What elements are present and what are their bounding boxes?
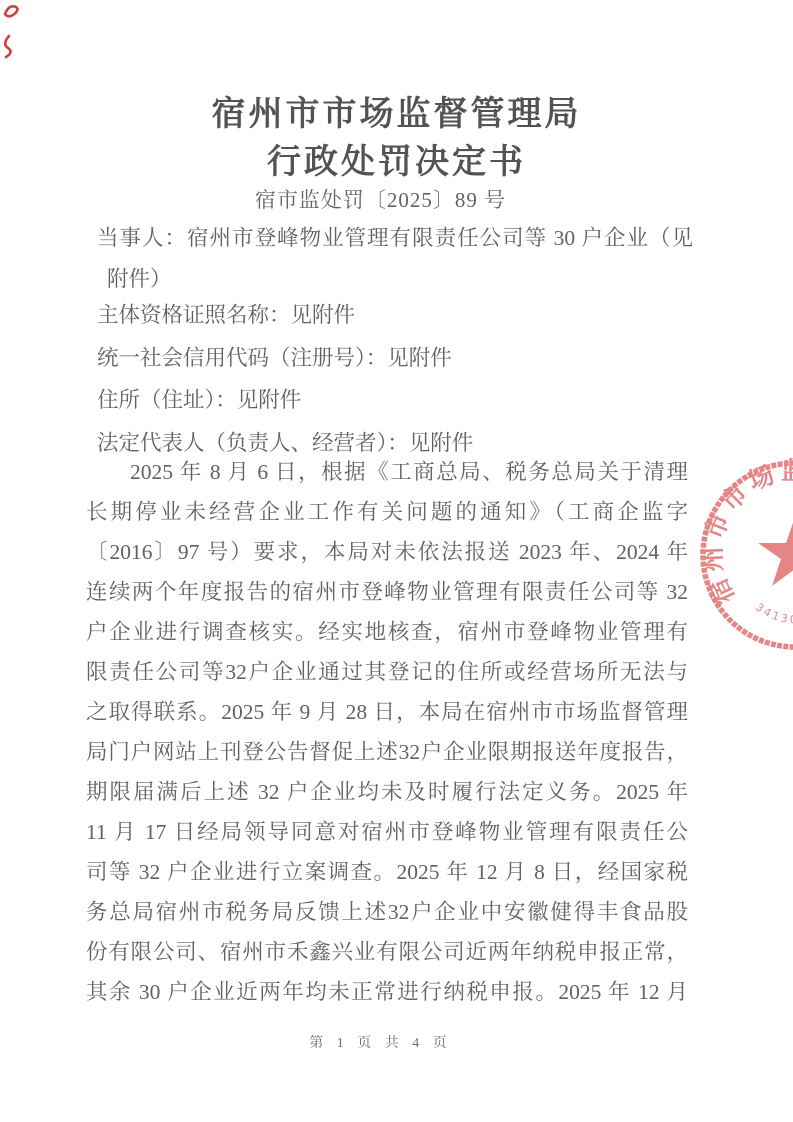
body-line: 连续两个年度报告的宿州市登峰物业管理有限责任公司等 32 — [86, 572, 688, 612]
subject-info-fields: 主体资格证照名称：见附件 统一社会信用代码（注册号）：见附件 住所（住址）：见附… — [97, 294, 693, 464]
seal-star-icon — [758, 517, 793, 586]
body-line: 长期停业未经营企业工作有关问题的通知》（工商企监字 — [86, 492, 688, 532]
field-credit-code: 统一社会信用代码（注册号）：见附件 — [97, 337, 693, 380]
party-section: 当事人：宿州市登峰物业管理有限责任公司等 30 户企业（见 附件） — [97, 218, 693, 300]
body-line: 期限届满后上述 32 户企业均未及时履行法定义务。2025 年 — [86, 772, 688, 812]
seal-code-digits: 34130 — [753, 600, 793, 626]
body-line: 其余 30 户企业近两年均未正常进行纳税申报。2025 年 12 月 — [86, 972, 688, 1012]
ink-mark-2 — [5, 36, 10, 57]
red-ink-marks — [0, 0, 40, 70]
agency-title: 宿州市市场监督管理局 — [0, 86, 793, 135]
body-line: 2025 年 8 月 6 日，根据《工商总局、税务总局关于清理 — [86, 452, 688, 492]
body-line: 务总局宿州市税务局反馈上述32户企业中安徽健得丰食品股 — [86, 892, 688, 932]
official-seal: 宿州市市场监督管理局 34130 — [695, 455, 793, 655]
body-line: 之取得联系。2025 年 9 月 28 日，本局在宿州市市场监督管理 — [86, 692, 688, 732]
ink-mark-1 — [5, 6, 17, 16]
field-address: 住所（住址）：见附件 — [97, 379, 693, 422]
document-page: 宿州市市场监督管理局 行政处罚决定书 宿市监处罚〔2025〕89 号 当事人：宿… — [0, 0, 793, 1122]
body-line: 11 月 17 日经局领导同意对宿州市登峰物业管理有限责任公 — [86, 812, 688, 852]
decision-body: 2025 年 8 月 6 日，根据《工商总局、税务总局关于清理 长期停业未经营企… — [86, 452, 688, 1012]
body-line: 〔2016〕97 号）要求，本局对未依法报送 2023 年、2024 年 — [86, 532, 688, 572]
body-line: 司等 32 户企业进行立案调查。2025 年 12 月 8 日，经国家税 — [86, 852, 688, 892]
body-line: 局门户网站上刊登公告督促上述32户企业限期报送年度报告， — [86, 732, 688, 772]
field-license-name: 主体资格证照名称：见附件 — [97, 294, 693, 337]
party-line: 当事人：宿州市登峰物业管理有限责任公司等 30 户企业（见 — [97, 218, 693, 259]
doc-number: 宿市监处罚〔2025〕89 号 — [0, 184, 777, 214]
body-line: 限责任公司等32户企业通过其登记的住所或经营场所无法与 — [86, 652, 688, 692]
page-number: 第 1 页 共 4 页 — [0, 1032, 777, 1052]
body-line: 份有限公司、宿州市禾鑫兴业有限公司近两年纳税申报正常， — [86, 932, 688, 972]
body-line: 户企业进行调查核实。经实地核查，宿州市登峰物业管理有 — [86, 612, 688, 652]
doc-title: 行政处罚决定书 — [0, 134, 793, 183]
